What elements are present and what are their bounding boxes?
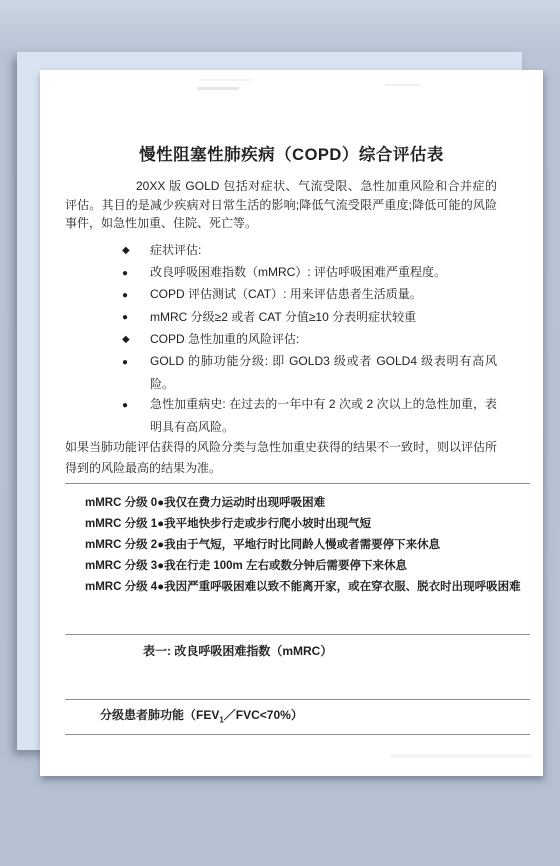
bullet-dot-icon: ● [122, 286, 150, 307]
lung-function-label: 分级患者肺功能（FEV1／FVC<70%） [100, 708, 543, 727]
bullet-item: ●COPD 评估测试（CAT）: 用来评估患者生活质量。 [122, 284, 497, 306]
mmrc-grade-desc: 我因严重呼吸困难以致不能离开家，或在穿衣服、脱衣时出现呼吸困难 [164, 581, 521, 593]
mmrc-grade-label: mMRC 分级 3 [85, 560, 157, 572]
bullet-diamond-icon: ◆ [122, 241, 150, 262]
lung-function-prefix: 分级患者肺功能（FEV [100, 708, 219, 722]
mmrc-grade-row: mMRC 分级 4●我因严重呼吸困难以致不能离开家，或在穿衣服、脱衣时出现呼吸困… [85, 577, 527, 598]
lung-function-suffix: ／FVC<70%） [224, 708, 303, 722]
assessment-bullet-list: ◆症状评估: ●改良呼吸困难指数（mMRC）: 评估呼吸困难严重程度。 ●COP… [122, 240, 497, 438]
watermark-smudge [385, 84, 421, 86]
mmrc-grade-row: mMRC 分级 1●我平地快步行走或步行爬小坡时出现气短 [85, 514, 527, 535]
consistency-note: 如果当肺功能评估获得的风险分类与急性加重史获得的结果不一致时，则以评估所得到的风… [65, 437, 497, 479]
bullet-text: 症状评估: [150, 243, 201, 257]
watermark-smudge [197, 87, 239, 90]
mmrc-grade-row: mMRC 分级 2●我由于气短，平地行时比同龄人慢或者需要停下来休息 [85, 535, 527, 556]
divider-rule [65, 734, 530, 735]
mmrc-grade-desc: 我仅在费力运动时出现呼吸困难 [164, 497, 325, 509]
table-caption: 表一: 改良呼吸困难指数（mMRC） [143, 644, 543, 659]
bullet-dot-icon: ● [122, 308, 150, 329]
mmrc-grade-row: mMRC 分级 0●我仅在费力运动时出现呼吸困难 [85, 493, 527, 514]
divider-rule [65, 634, 530, 635]
bullet-text: COPD 评估测试（CAT）: 用来评估患者生活质量。 [150, 287, 422, 301]
mmrc-grade-label: mMRC 分级 1 [85, 518, 157, 530]
bullet-item: ●急性加重病史: 在过去的一年中有 2 次或 2 次以上的急性加重，表明具有高风… [122, 394, 497, 437]
watermark-smudge [200, 79, 252, 81]
bullet-dot-icon: ● [122, 264, 150, 285]
document-page: 慢性阻塞性肺疾病（COPD）综合评估表 20XX 版 GOLD 包括对症状、气流… [40, 70, 543, 776]
mmrc-grade-label: mMRC 分级 2 [85, 539, 157, 551]
bullet-item: ●改良呼吸困难指数（mMRC）: 评估呼吸困难严重程度。 [122, 262, 497, 284]
mmrc-grade-desc: 我在行走 100m 左右或数分钟后需要停下来休息 [164, 560, 407, 572]
mmrc-grade-list: mMRC 分级 0●我仅在费力运动时出现呼吸困难 mMRC 分级 1●我平地快步… [85, 493, 527, 598]
bullet-text: COPD 急性加重的风险评估: [150, 332, 299, 346]
bullet-item: ◆症状评估: [122, 240, 497, 262]
bullet-dot-icon: ● [122, 396, 150, 417]
bullet-item: ●mMRC 分级≥2 或者 CAT 分值≥10 分表明症状较重 [122, 307, 497, 329]
bullet-text: GOLD 的肺功能分级: 即 GOLD3 级或者 GOLD4 级表明有高风险。 [150, 354, 497, 390]
intro-paragraph: 20XX 版 GOLD 包括对症状、气流受限、急性加重风险和合并症的评估。其目的… [65, 177, 497, 233]
mmrc-grade-row: mMRC 分级 3●我在行走 100m 左右或数分钟后需要停下来休息 [85, 556, 527, 577]
page-title: 慢性阻塞性肺疾病（COPD）综合评估表 [40, 142, 543, 168]
divider-rule [65, 699, 530, 700]
mmrc-grade-label: mMRC 分级 0 [85, 497, 157, 509]
mmrc-grade-desc: 我平地快步行走或步行爬小坡时出现气短 [164, 518, 371, 530]
bullet-diamond-icon: ◆ [122, 330, 150, 351]
mmrc-grade-desc: 我由于气短，平地行时比同龄人慢或者需要停下来休息 [164, 539, 440, 551]
bullet-text: mMRC 分级≥2 或者 CAT 分值≥10 分表明症状较重 [150, 310, 416, 324]
mmrc-grade-label: mMRC 分级 4 [85, 581, 157, 593]
bullet-item: ◆COPD 急性加重的风险评估: [122, 329, 497, 351]
bullet-dot-icon: ● [122, 353, 150, 374]
watermark-smudge [390, 754, 532, 758]
divider-rule [65, 483, 530, 484]
bullet-item: ●GOLD 的肺功能分级: 即 GOLD3 级或者 GOLD4 级表明有高风险。 [122, 351, 497, 394]
bullet-text: 急性加重病史: 在过去的一年中有 2 次或 2 次以上的急性加重，表明具有高风险… [150, 397, 497, 433]
bullet-text: 改良呼吸困难指数（mMRC）: 评估呼吸困难严重程度。 [150, 265, 446, 279]
